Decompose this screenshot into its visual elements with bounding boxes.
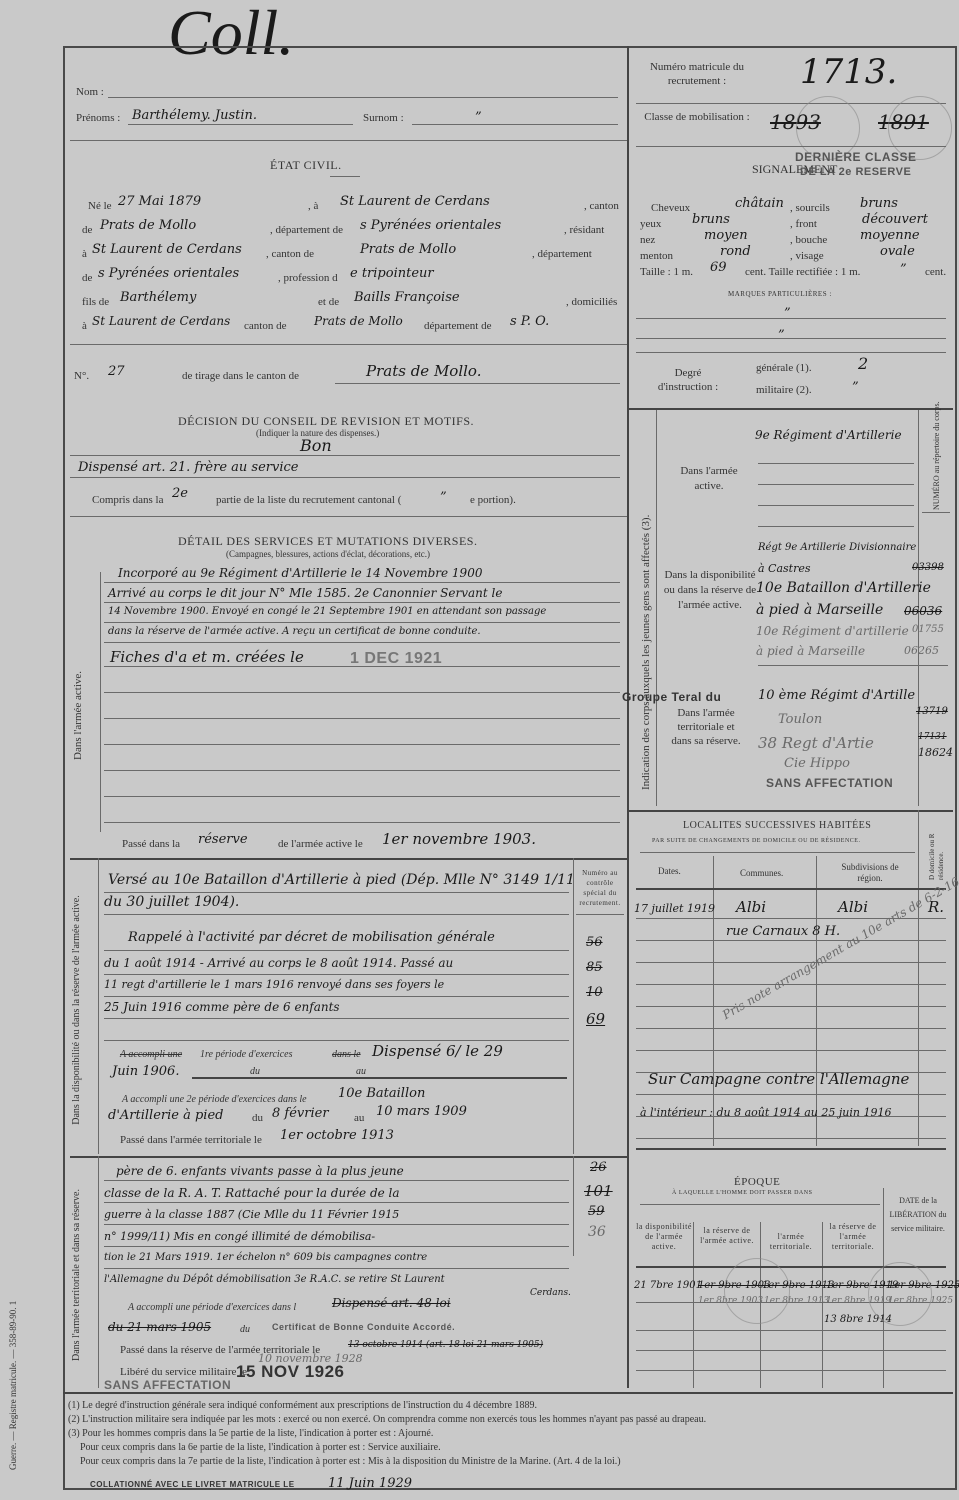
localites-col-type: D domicile ou R résidence. <box>928 810 946 880</box>
rule <box>104 822 620 823</box>
footnote-4: Pour ceux compris dans la 6e partie de l… <box>80 1442 441 1453</box>
terr-periode-value2: du 21 mars 1905 <box>108 1320 211 1334</box>
rule <box>104 950 569 951</box>
periode1-strike-line <box>192 1077 567 1079</box>
terr-extra: Cerdans. <box>530 1288 571 1298</box>
corps-dispo-label: Dans la disponibilité ou dans la réserve… <box>662 568 758 613</box>
localite-commune-2: rue Carnaux 8 H. <box>726 924 840 939</box>
canton3-value: Prats de Mollo <box>314 314 403 328</box>
rule <box>104 1040 569 1041</box>
periode2-du: du <box>252 1112 263 1124</box>
matricule-label: Numéro matricule du recrutement : <box>642 60 752 88</box>
menton-value: rond <box>720 244 751 259</box>
compris-suffix: partie de la liste du recrutement canton… <box>216 494 401 506</box>
terr-number: 26 <box>590 1160 607 1175</box>
epoque-col: l'armée territoriale. <box>762 1232 820 1252</box>
dispo-line-1: Versé au 10e Bataillon d'Artillerie à pi… <box>108 872 575 888</box>
periode2-value: 10e Bataillon <box>338 1086 425 1101</box>
rule <box>758 484 914 485</box>
profession-label: , profession d <box>278 272 338 284</box>
localites-header-rule <box>636 888 946 890</box>
etat-civil-underline <box>330 176 360 177</box>
numero-controle-value: 85 <box>586 960 603 975</box>
terr-line-6: l'Allemagne du Dépôt démobilisation 3e R… <box>104 1274 445 1285</box>
profession-value: e tripointeur <box>350 266 434 281</box>
rule <box>636 1006 946 1007</box>
decision-motif: Dispensé art. 21. frère au service <box>78 460 298 475</box>
sourcils-value: bruns <box>860 196 898 211</box>
canton-label: , canton <box>584 200 619 212</box>
rule <box>104 582 620 583</box>
a3-label: à <box>82 320 87 332</box>
visage-label: , visage <box>790 250 824 262</box>
departement-value: s Pyrénées orientales <box>360 218 501 233</box>
dispo-left-divider <box>98 858 99 1154</box>
libere-stamp: 15 NOV 1926 <box>236 1362 345 1382</box>
canton-value: Prats de Mollo <box>100 218 196 233</box>
localites-campagne-2: à l'intérieur : du 8 août 1914 au 25 jui… <box>640 1106 891 1119</box>
surnom-line <box>412 124 618 125</box>
decision-divider <box>70 516 627 517</box>
sourcils-label: , sourcils <box>790 202 830 214</box>
signalement-divider <box>636 352 946 353</box>
marques-line <box>636 338 946 339</box>
dispo-line-2: du 30 juillet 1904). <box>104 894 239 910</box>
taille-rect-value: ” <box>900 262 907 277</box>
passe-reserve-label: Passé dans la <box>122 838 180 850</box>
numero-controle-line <box>576 914 624 915</box>
mere-value: Baills Françoise <box>354 290 460 305</box>
compris-value: 2e <box>172 486 188 501</box>
libere-label: Libéré du service militaire le <box>120 1366 247 1378</box>
matricule-value: 1713. <box>800 52 897 92</box>
rule <box>104 744 620 745</box>
tirage-no-label: N°. <box>74 370 89 382</box>
active-line-3: 14 Novembre 1900. Envoyé en congé le 21 … <box>108 606 546 617</box>
tirage-value: 27 <box>108 364 125 379</box>
rule <box>636 940 946 941</box>
domicile-value: St Laurent de Cerdans <box>92 314 230 328</box>
rule <box>636 1330 946 1331</box>
dispo-line-6: 25 Juin 1916 comme père de 6 enfants <box>104 1000 340 1014</box>
terr-certificat: Certificat de Bonne Conduite Accordé. <box>272 1322 455 1332</box>
corps-dispo-num: 03398 <box>912 562 944 573</box>
rule <box>104 692 620 693</box>
etat-civil-title: ÉTAT CIVIL. <box>270 158 342 173</box>
taille-cent-label: cent. Taille rectifiée : 1 m. <box>745 266 860 278</box>
footnote-2: (2) L'instruction militaire sera indiqué… <box>68 1414 706 1425</box>
collationne-stamp: COLLATIONNÉ AVEC LE LIVRET MATRICULE LE <box>90 1480 295 1489</box>
periode2-au: au <box>354 1112 364 1124</box>
rule <box>104 602 620 603</box>
sans-affectation-stamp: SANS AFFECTATION <box>104 1378 231 1392</box>
prenoms-label: Prénoms : <box>76 112 120 124</box>
terr-line-1: père de 6. enfants vivants passe à la pl… <box>116 1164 404 1178</box>
rule <box>758 505 914 506</box>
corps-terr-text: Cie Hippo <box>784 756 850 771</box>
rule <box>636 1138 946 1139</box>
etde-label: et de <box>318 296 339 308</box>
cheveux-label: Cheveux <box>651 202 690 214</box>
terr-number: 101 <box>584 1182 613 1200</box>
prenoms-value: Barthélemy. Justin. <box>132 108 257 123</box>
services-subtitle: (Campagnes, blessures, actions d'éclat, … <box>226 549 430 559</box>
corps-dispo-text: à pied à Marseille <box>756 602 883 618</box>
passe-res-terr-value: 13 octobre 1914 (art. 18 loi 21 mars 190… <box>348 1340 543 1350</box>
portion-suffix: e portion). <box>470 494 516 506</box>
nez-label: nez <box>640 234 655 246</box>
fiches-label: Fiches d'a et m. créées le <box>110 648 304 666</box>
localites-title: LOCALITES SUCCESSIVES HABITÉES <box>683 820 871 831</box>
rule <box>104 892 569 893</box>
rule <box>104 1246 569 1247</box>
departement3-value: s P. O. <box>510 314 549 329</box>
portion-value: ” <box>440 490 447 505</box>
localites-col-divider <box>713 856 714 1146</box>
departement3-label: département de <box>424 320 492 332</box>
rule <box>104 1224 569 1225</box>
terr-number: 59 <box>588 1204 605 1219</box>
localites-campagne: Sur Campagne contre l'Allemagne <box>648 1070 909 1088</box>
ne-le-label: Né le <box>88 200 112 212</box>
rule <box>104 718 620 719</box>
periode1-label: 1re période d'exercices <box>200 1049 292 1060</box>
marques-line <box>636 318 946 319</box>
services-title: DÉTAIL DES SERVICES ET MUTATIONS DIVERSE… <box>178 534 477 549</box>
de-label: de <box>82 224 92 236</box>
rule <box>104 974 569 975</box>
localite-subdivision: Albi <box>838 898 868 916</box>
fils-label: fils de <box>82 296 109 308</box>
residence-value: St Laurent de Cerdans <box>92 242 242 257</box>
numero-controle-label: Numéro au contrôle spécial du recrutemen… <box>576 868 624 908</box>
dispo-line-4: du 1 août 1914 - Arrivé au corps le 8 ao… <box>104 956 453 970</box>
side-label-active: Dans l'armée active. <box>72 671 84 760</box>
epoque-title-rule <box>640 1204 880 1205</box>
terr-line-2: classe de la R. A. T. Rattaché pour la d… <box>104 1186 400 1200</box>
a-label: , à <box>308 200 318 212</box>
epoque-subtitle: À LAQUELLE L'HOMME DOIT PASSER DANS <box>672 1190 812 1196</box>
rule <box>636 1350 946 1351</box>
localites-col-dates: Dates. <box>658 866 681 876</box>
localites-title-rule <box>640 852 915 853</box>
departement2-label: , département <box>532 248 592 260</box>
surnom-value: ” <box>475 110 482 125</box>
etat-civil-divider <box>70 344 627 345</box>
front-label: , front <box>790 218 817 230</box>
taille-value: 69 <box>710 260 727 275</box>
periode1-value: Dispensé 6/ le 29 <box>372 1042 503 1060</box>
marques-value-2: ” <box>778 328 785 343</box>
visage-value: ovale <box>880 244 915 259</box>
active-line-2: Arrivé au corps le dit jour N° Mle 1585.… <box>108 586 502 600</box>
terr-left-divider <box>98 1156 99 1388</box>
decision-bon: Bon <box>300 436 332 455</box>
rule <box>104 996 569 997</box>
corps-terr-label: Dans l'armée territoriale et dans sa rés… <box>666 706 746 748</box>
rule <box>636 1050 946 1051</box>
pere-value: Barthélemy <box>120 290 196 305</box>
terr-line-4: n° 1999/11) Mis en congé illimité de dém… <box>104 1230 375 1243</box>
territoriale-label: Passé dans l'armée territoriale le <box>120 1134 262 1146</box>
tirage-label: de tirage dans le canton de <box>182 370 299 382</box>
nom-line <box>108 97 618 98</box>
periode1-value2: Juin 1906. <box>112 1064 179 1079</box>
decision-line-1 <box>70 455 620 456</box>
canton2-value: Prats de Mollo <box>360 242 456 257</box>
de2-label: de <box>82 272 92 284</box>
canton2-label: , canton de <box>266 248 314 260</box>
classe-label: Classe de mobilisation : <box>642 110 752 124</box>
corps-terr-num: 13719 <box>916 706 948 717</box>
localites-subtitle: PAR SUITE DE CHANGEMENTS DE DOMICILE OU … <box>652 838 860 844</box>
numero-repertoire-label: NUMÉRO au répertoire du corps. <box>932 401 941 510</box>
epoque-col: la disponibilité de l'armée active. <box>636 1222 692 1252</box>
footnote-3: (3) Pour les hommes compris dans la 5e p… <box>68 1428 433 1439</box>
terr-periode-label: A accompli une période d'exercices dans … <box>128 1302 296 1313</box>
corps-terr-text: Toulon <box>778 712 822 727</box>
lieu-naissance-value: St Laurent de Cerdans <box>340 194 490 209</box>
epoque-value: 21 7bre 1901 <box>634 1280 702 1291</box>
prenoms-line <box>128 124 353 125</box>
canton3-label: canton de <box>244 320 286 332</box>
numero-controle-value: 56 <box>586 935 603 950</box>
yeux-label: yeux <box>640 218 661 230</box>
a2-label: à <box>82 248 87 260</box>
rule <box>104 1268 569 1269</box>
marques-label: MARQUES PARTICULIÈRES : <box>728 290 832 298</box>
epoque-col: la réserve de l'armée active. <box>696 1226 758 1246</box>
round-stamp <box>868 1262 932 1326</box>
generale-value: 2 <box>858 354 868 373</box>
collationne-date: 11 Juin 1929 <box>328 1476 412 1491</box>
dispo-numero-divider <box>573 858 574 1154</box>
bouche-label: , bouche <box>790 234 827 246</box>
nez-value: moyen <box>704 228 748 243</box>
rule <box>104 642 620 643</box>
periode2-au-value: 10 mars 1909 <box>376 1104 467 1119</box>
passe-reserve-value: réserve <box>198 832 248 847</box>
territoriale-value: 1er octobre 1913 <box>280 1128 394 1143</box>
generale-label: générale (1). <box>756 362 812 374</box>
decision-line-2 <box>70 477 620 478</box>
departement-label: , département de <box>270 224 343 236</box>
corps-terr-text: 10 ème Régimt d'Artille <box>758 688 915 703</box>
rule <box>758 463 914 464</box>
epoque-title: ÉPOQUE <box>734 1176 780 1188</box>
corps-dispo-text: à pied à Marseille <box>756 644 865 658</box>
corps-dispo-text: Régt 9e Artillerie Divisionnaire <box>758 542 916 553</box>
corps-divider <box>628 810 953 812</box>
degre-label: Degré d'instruction : <box>648 366 728 394</box>
rule <box>104 770 620 771</box>
dispo-line-3: Rappelé à l'activité par décret de mobil… <box>128 930 495 945</box>
side-label-dispo: Dans la disponibilité ou dans la réserve… <box>70 880 83 1140</box>
rule <box>636 962 946 963</box>
cheveux-value: châtain <box>735 196 784 211</box>
degre-divider <box>628 408 953 410</box>
epoque-col-divider <box>693 1222 694 1388</box>
localites-col-subdivisions: Subdivisions de région. <box>830 862 910 884</box>
rule <box>104 1180 569 1181</box>
tirage-canton-value: Prats de Mollo. <box>366 362 481 380</box>
periode1-au: au <box>356 1066 366 1077</box>
localites-col-divider <box>816 856 817 1146</box>
localite-date: 17 juillet 1919 <box>634 902 715 915</box>
periode1-dans-struck: dans le <box>332 1049 361 1060</box>
corps-dispo-num: 06036 <box>904 604 942 618</box>
passe-reserve-mid: de l'armée active le <box>278 838 363 850</box>
date-liberation-label: DATE de la LIBÉRATION du service militai… <box>888 1194 948 1236</box>
terr-numero-divider <box>573 1156 574 1256</box>
round-stamp <box>724 1258 790 1324</box>
rule <box>758 665 948 666</box>
corps-dispo-num: 01755 <box>912 624 944 635</box>
front-value: découvert <box>862 212 928 227</box>
terr-section-divider <box>63 1392 953 1394</box>
rule <box>104 666 620 667</box>
corps-dispo-text: 10e Bataillon d'Artillerie <box>756 580 931 596</box>
side-label-territoriale: Dans l'armée territoriale et dans sa rés… <box>70 1170 83 1380</box>
localites-divider <box>636 1148 946 1150</box>
nom-label: Nom : <box>76 86 104 98</box>
rule <box>104 622 620 623</box>
tirage-line <box>335 383 620 384</box>
compris-label: Compris dans la <box>92 494 164 506</box>
rule <box>104 1202 569 1203</box>
taille-label: Taille : 1 m. <box>640 266 693 278</box>
periode2-du-value: 8 février <box>272 1106 329 1121</box>
localites-col-divider <box>918 810 919 1146</box>
taille-cent2-label: cent. <box>925 266 946 278</box>
periode2-label: A accompli une 2e période d'exercices da… <box>122 1094 307 1105</box>
rule <box>104 796 620 797</box>
footnote-1: (1) Le degré d'instruction générale sera… <box>68 1400 537 1411</box>
corps-terr-num: 17131 <box>918 732 947 742</box>
terr-line-5: tion le 21 Mars 1919. 1er échelon n° 609… <box>104 1252 427 1263</box>
terr-periode-value: Dispensé art. 48 loi <box>332 1296 451 1310</box>
domicilies-label: , domiciliés <box>566 296 617 308</box>
numero-controle-value: 10 <box>586 985 603 1000</box>
epoque-col: la réserve de l'armée territoriale. <box>824 1222 882 1252</box>
militaire-value: ” <box>852 380 859 395</box>
margin-print: Guerre. — Registre matricule. — 358-89-9… <box>8 1301 18 1470</box>
stamp-reserve: DE LA 2e RESERVE <box>800 166 911 178</box>
militaire-label: militaire (2). <box>756 384 812 396</box>
residant-label: , résidant <box>564 224 604 236</box>
numero-repertoire-line <box>922 512 950 513</box>
active-line-1: Incorporé au 9e Régiment d'Artillerie le… <box>118 566 482 580</box>
rule <box>636 1370 946 1371</box>
rule <box>636 1094 946 1095</box>
header-divider <box>70 140 627 141</box>
active-line-4: dans la réserve de l'armée active. A reç… <box>108 626 481 637</box>
corps-side-divider <box>656 410 657 806</box>
active-section-divider <box>70 858 627 860</box>
decision-title: DÉCISION DU CONSEIL DE REVISION ET MOTIF… <box>178 414 474 429</box>
corps-side-label: Indication des corps auxquels les jeunes… <box>640 515 652 790</box>
surnom-label: Surnom : <box>363 112 404 124</box>
corps-active-label: Dans l'armée active. <box>670 464 748 494</box>
menton-label: menton <box>640 250 673 262</box>
bouche-value: moyenne <box>860 228 920 243</box>
classe-divider <box>636 146 946 147</box>
localites-col-communes: Communes. <box>740 868 783 878</box>
rule <box>758 526 914 527</box>
passe-reserve-date: 1er novembre 1903. <box>382 830 536 848</box>
dispo-section-divider <box>70 1156 627 1158</box>
corps-dispo-text: à Castres <box>758 562 811 575</box>
corps-dispo-num: 06265 <box>904 644 939 657</box>
groupe-territorial-stamp: Groupe Teral du <box>622 690 721 704</box>
rule <box>104 914 569 915</box>
terr-number: 36 <box>588 1224 606 1240</box>
corps-dispo-text: 10e Régiment d'artillerie <box>756 624 909 638</box>
rule <box>636 1028 946 1029</box>
periode1-du: du <box>250 1066 260 1077</box>
dispo-line-5: 11 regt d'artillerie le 1 mars 1916 renv… <box>104 978 444 991</box>
corps-terr-num: 18624 <box>918 746 953 759</box>
numero-controle-value: 69 <box>586 1010 605 1028</box>
periode1-label-struck: A accompli une <box>120 1049 182 1060</box>
periode2-value2: d'Artillerie à pied <box>108 1108 223 1123</box>
corps-terr-text: 38 Regt d'Artie <box>758 734 874 752</box>
services-bracket <box>100 572 101 832</box>
terr-line-3: guerre à la classe 1887 (Cie Mlle du 11 … <box>104 1208 399 1221</box>
main-divider <box>627 46 629 1388</box>
corps-sans-affectation: SANS AFFECTATION <box>766 776 893 790</box>
terr-du: du <box>240 1324 250 1335</box>
yeux-value: bruns <box>692 212 730 227</box>
footnote-5: Pour ceux compris dans la 7e partie de l… <box>80 1456 621 1467</box>
departement2-value: s Pyrénées orientales <box>98 266 239 281</box>
corps-active-value: 9e Régiment d'Artillerie <box>755 428 902 442</box>
localite-commune: Albi <box>736 898 766 916</box>
ne-le-value: 27 Mai 1879 <box>118 194 201 209</box>
rule <box>104 1018 569 1019</box>
